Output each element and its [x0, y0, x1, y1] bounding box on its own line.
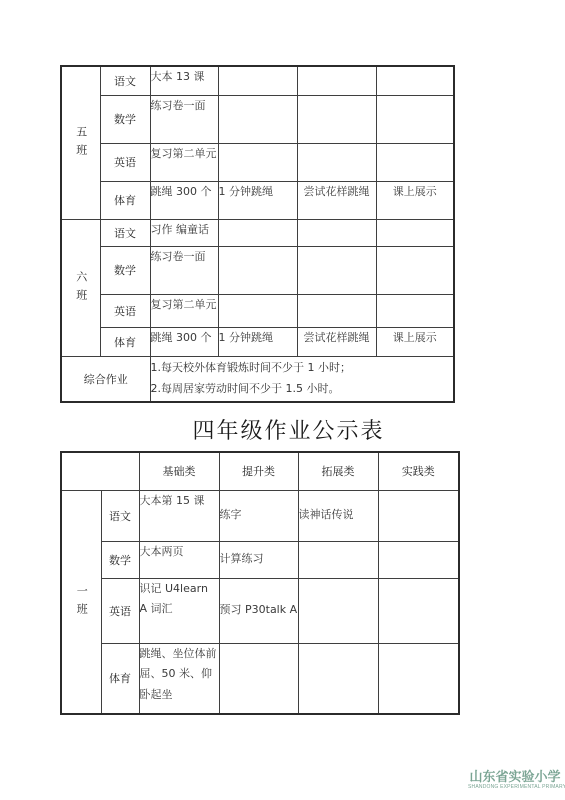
homework-cell [297, 219, 376, 246]
subject-cell: 数学 [101, 541, 139, 578]
grade4-homework-table: 基础类 提升类 拓展类 实践类 一班 语文 大本第 15 课 练字 读神话传说 … [60, 451, 460, 715]
homework-cell: 跳绳 300 个 [150, 327, 218, 356]
homework-cell: 1 分钟跳绳 [218, 181, 297, 219]
subject-cell: 语文 [100, 66, 150, 95]
summary-line-1: 1.每天校外体育锻炼时间不少于 1 小时； [151, 358, 454, 378]
homework-cell: 练习卷一面 [150, 95, 218, 143]
column-header: 实践类 [378, 452, 459, 490]
class-name: 六班 [73, 264, 89, 307]
homework-cell [298, 541, 378, 578]
class-name: 五班 [73, 119, 89, 162]
homework-cell [376, 294, 454, 327]
homework-cell: 读神话传说 [298, 490, 378, 541]
subject-cell: 数学 [100, 246, 150, 294]
subject-cell: 数学 [100, 95, 150, 143]
column-header: 提升类 [219, 452, 298, 490]
school-name-cn: 山东省实验小学 [468, 770, 562, 783]
summary-label: 综合作业 [61, 356, 150, 402]
homework-cell [378, 643, 459, 714]
column-header: 基础类 [139, 452, 219, 490]
homework-cell [219, 643, 298, 714]
class-cell: 一班 [61, 490, 101, 714]
homework-cell: 大本两页 [139, 541, 219, 578]
subject-cell: 体育 [100, 327, 150, 356]
homework-cell [376, 143, 454, 181]
homework-cell: 练习卷一面 [150, 246, 218, 294]
homework-cell [218, 219, 297, 246]
homework-cell: 习作 编童话 [150, 219, 218, 246]
homework-cell [378, 541, 459, 578]
homework-cell: 课上展示 [376, 327, 454, 356]
homework-cell: 跳绳、坐位体前屈、50 米、仰卧起坐 [139, 643, 219, 714]
homework-cell [297, 143, 376, 181]
subject-cell: 英语 [100, 143, 150, 181]
homework-cell [298, 578, 378, 643]
school-watermark: 山东省实验小学 SHANDONG EXPERIMENTAL PRIMARY SC… [468, 770, 562, 790]
page-title: 四年级作业公示表 [12, 414, 565, 445]
homework-cell: 练字 [219, 490, 298, 541]
homework-cell [297, 95, 376, 143]
homework-cell [376, 95, 454, 143]
homework-cell [297, 246, 376, 294]
homework-cell: 1 分钟跳绳 [218, 327, 297, 356]
homework-cell: 跳绳 300 个 [150, 181, 218, 219]
column-header: 拓展类 [298, 452, 378, 490]
school-name-en: SHANDONG EXPERIMENTAL PRIMARY SCHOOL [468, 785, 562, 790]
class-name: 一班 [73, 578, 89, 621]
homework-cell: 识记 U4learn A 词汇 [139, 578, 219, 643]
homework-cell [218, 66, 297, 95]
class-cell: 六班 [61, 219, 100, 356]
homework-cell [297, 66, 376, 95]
summary-cell: 1.每天校外体育锻炼时间不少于 1 小时； 2.每周居家劳动时间不少于 1.5 … [150, 356, 454, 402]
homework-cell: 尝试花样跳绳 [297, 327, 376, 356]
corner-cell [61, 452, 139, 490]
subject-cell: 语文 [100, 219, 150, 246]
homework-cell: 课上展示 [376, 181, 454, 219]
document-page: 五班 语文 大本 13 课 数学 练习卷一面 英语 复习第二单元 体育 跳绳 3… [0, 0, 565, 800]
homework-cell [297, 294, 376, 327]
subject-cell: 体育 [100, 181, 150, 219]
summary-line-2: 2.每周居家劳动时间不少于 1.5 小时。 [151, 379, 454, 399]
homework-cell [218, 246, 297, 294]
homework-cell [218, 143, 297, 181]
subject-cell: 英语 [101, 578, 139, 643]
homework-cell: 复习第二单元 [150, 143, 218, 181]
subject-cell: 体育 [101, 643, 139, 714]
homework-cell: 计算练习 [219, 541, 298, 578]
homework-cell [376, 219, 454, 246]
homework-cell [298, 643, 378, 714]
subject-cell: 英语 [100, 294, 150, 327]
homework-cell: 复习第二单元 [150, 294, 218, 327]
subject-cell: 语文 [101, 490, 139, 541]
class-homework-table-top: 五班 语文 大本 13 课 数学 练习卷一面 英语 复习第二单元 体育 跳绳 3… [60, 65, 455, 403]
homework-cell: 大本第 15 课 [139, 490, 219, 541]
homework-cell [378, 490, 459, 541]
homework-cell: 尝试花样跳绳 [297, 181, 376, 219]
homework-cell [376, 246, 454, 294]
homework-cell [218, 294, 297, 327]
homework-cell [376, 66, 454, 95]
homework-cell: 大本 13 课 [150, 66, 218, 95]
homework-cell [218, 95, 297, 143]
homework-cell: 预习 P30talk A [219, 578, 298, 643]
homework-cell [378, 578, 459, 643]
class-cell: 五班 [61, 66, 100, 219]
